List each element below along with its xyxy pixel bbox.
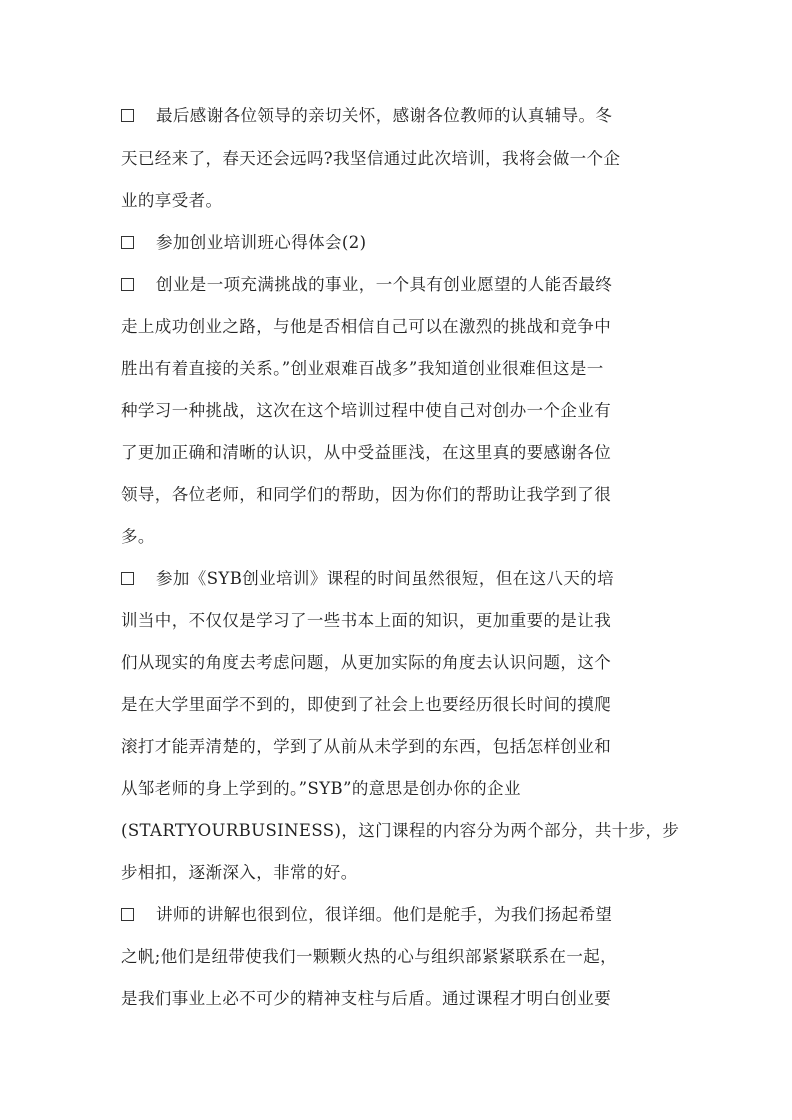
paragraph-1-line-2: 天已经来了，春天还会远吗?我坚信通过此次培训，我将会做一个企 xyxy=(121,147,681,171)
paragraph-3-line-3: 胜出有着直接的关系。”创业艰难百战多”我知道创业很难但这是一 xyxy=(121,357,681,381)
paragraph-3-line-7: 多。 xyxy=(121,525,681,549)
paragraph-1-line-1: 最后感谢各位领导的亲切关怀，感谢各位教师的认真辅导。冬 xyxy=(121,104,681,128)
checkbox-bullet-icon xyxy=(121,278,134,291)
text-line: 是在大学里面学不到的，即使到了社会上也要经历很长时间的摸爬 xyxy=(121,695,611,714)
text-line: (STARTYOURBUSINESS)，这门课程的内容分为两个部分，共十步，步 xyxy=(121,821,679,840)
section-heading: 参加创业培训班心得体会(2) xyxy=(121,231,681,255)
paragraph-3-line-2: 走上成功创业之路，与他是否相信自己可以在激烈的挑战和竞争中 xyxy=(121,315,681,339)
paragraph-5-line-2: 之帆;他们是纽带使我们一颗颗火热的心与组织部紧紧联系在一起， xyxy=(121,945,681,969)
paragraph-4-line-4: 是在大学里面学不到的，即使到了社会上也要经历很长时间的摸爬 xyxy=(121,693,681,717)
paragraph-3-line-4: 种学习一种挑战，这次在这个培训过程中使自己对创办一个企业有 xyxy=(121,399,681,423)
paragraph-3-line-6: 领导，各位老师，和同学们的帮助，因为你们的帮助让我学到了很 xyxy=(121,483,681,507)
checkbox-bullet-icon xyxy=(121,908,134,921)
text-line: 最后感谢各位领导的亲切关怀，感谢各位教师的认真辅导。冬 xyxy=(156,106,612,125)
text-line: 创业是一项充满挑战的事业，一个具有创业愿望的人能否最终 xyxy=(156,275,612,294)
text-line: 从邹老师的身上学到的。”SYB”的意思是创办你的企业 xyxy=(121,779,521,798)
text-line: 滚打才能弄清楚的，学到了从前从未学到的东西，包括怎样创业和 xyxy=(121,737,611,756)
text-line: 是我们事业上必不可少的精神支柱与后盾。通过课程才明白创业要 xyxy=(121,989,611,1008)
paragraph-4-line-5: 滚打才能弄清楚的，学到了从前从未学到的东西，包括怎样创业和 xyxy=(121,735,681,759)
text-line: 了更加正确和清晰的认识，从中受益匪浅，在这里真的要感谢各位 xyxy=(121,443,611,462)
paragraph-1-line-3: 业的享受者。 xyxy=(121,189,681,213)
text-line: 多。 xyxy=(121,527,155,546)
paragraph-5-line-3: 是我们事业上必不可少的精神支柱与后盾。通过课程才明白创业要 xyxy=(121,987,681,1011)
paragraph-4-line-3: 们从现实的角度去考虑问题，从更加实际的角度去认识问题，这个 xyxy=(121,651,681,675)
text-line: 天已经来了，春天还会远吗?我坚信通过此次培训，我将会做一个企 xyxy=(121,149,620,168)
text-line: 领导，各位老师，和同学们的帮助，因为你们的帮助让我学到了很 xyxy=(121,485,611,504)
text-line: 之帆;他们是纽带使我们一颗颗火热的心与组织部紧紧联系在一起， xyxy=(121,947,617,966)
document-page: 最后感谢各位领导的亲切关怀，感谢各位教师的认真辅导。冬 天已经来了，春天还会远吗… xyxy=(0,0,792,1120)
paragraph-4-line-6: 从邹老师的身上学到的。”SYB”的意思是创办你的企业 xyxy=(121,777,681,801)
checkbox-bullet-icon xyxy=(121,572,134,585)
text-line: 讲师的讲解也很到位，很详细。他们是舵手，为我们扬起希望 xyxy=(156,905,612,924)
text-line: 步相扣，逐渐深入，非常的好。 xyxy=(121,863,358,882)
text-line: 胜出有着直接的关系。”创业艰难百战多”我知道创业很难但这是一 xyxy=(121,359,604,378)
text-line: 们从现实的角度去考虑问题，从更加实际的角度去认识问题，这个 xyxy=(121,653,611,672)
heading-text: 参加创业培训班心得体会(2) xyxy=(156,233,366,252)
paragraph-3-line-1: 创业是一项充满挑战的事业，一个具有创业愿望的人能否最终 xyxy=(121,273,681,297)
text-line: 种学习一种挑战，这次在这个培训过程中使自己对创办一个企业有 xyxy=(121,401,611,420)
checkbox-bullet-icon xyxy=(121,109,134,122)
paragraph-4-line-2: 训当中，不仅仅是学习了一些书本上面的知识，更加重要的是让我 xyxy=(121,609,681,633)
text-line: 参加《SYB创业培训》课程的时间虽然很短，但在这八天的培 xyxy=(156,569,614,588)
paragraph-4-line-1: 参加《SYB创业培训》课程的时间虽然很短，但在这八天的培 xyxy=(121,567,681,591)
paragraph-4-line-8: 步相扣，逐渐深入，非常的好。 xyxy=(121,861,681,885)
paragraph-4-line-7: (STARTYOURBUSINESS)，这门课程的内容分为两个部分，共十步，步 xyxy=(121,819,681,843)
text-line: 走上成功创业之路，与他是否相信自己可以在激烈的挑战和竞争中 xyxy=(121,317,611,336)
checkbox-bullet-icon xyxy=(121,236,134,249)
text-line: 业的享受者。 xyxy=(121,191,222,210)
text-line: 训当中，不仅仅是学习了一些书本上面的知识，更加重要的是让我 xyxy=(121,611,611,630)
paragraph-5-line-1: 讲师的讲解也很到位，很详细。他们是舵手，为我们扬起希望 xyxy=(121,903,681,927)
paragraph-3-line-5: 了更加正确和清晰的认识，从中受益匪浅，在这里真的要感谢各位 xyxy=(121,441,681,465)
